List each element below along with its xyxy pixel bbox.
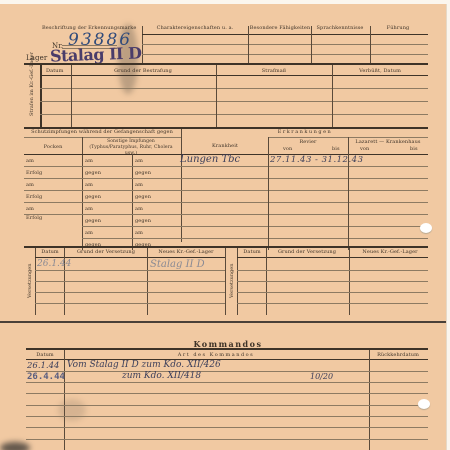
col-date: Datum bbox=[46, 68, 63, 74]
col-served: Verbüßt, Datum bbox=[359, 68, 401, 74]
col-sentence: Strafmaß bbox=[262, 68, 287, 74]
divider bbox=[348, 137, 349, 250]
divider bbox=[268, 137, 269, 250]
infirmary-dates: 27.11.43 - 31.12.43 bbox=[270, 155, 363, 165]
divider bbox=[225, 248, 226, 315]
col-languages: Sprachkenntnisse bbox=[317, 25, 364, 31]
divider bbox=[40, 88, 428, 89]
transfers-side-label-2: Versetzungen bbox=[229, 264, 235, 299]
kommando-text: zum Kdo. XII/418 bbox=[122, 371, 201, 381]
vaccine-row-label: Erfolg bbox=[26, 194, 42, 200]
divider bbox=[26, 371, 428, 372]
divider bbox=[216, 65, 217, 127]
punch-hole bbox=[420, 223, 432, 233]
col-date: Datum bbox=[36, 352, 53, 358]
kommando-text: Vom Stalag II D zum Kdo. XII/426 bbox=[67, 360, 221, 370]
divider bbox=[26, 439, 428, 440]
vaccine-row-label: gegen bbox=[85, 218, 101, 224]
punch-hole bbox=[418, 399, 430, 409]
divider bbox=[142, 44, 428, 45]
col-transfer-reason: Grund der Versetzung bbox=[77, 249, 135, 255]
col-from: von bbox=[283, 146, 292, 152]
kommando-note: 10/20 bbox=[310, 372, 333, 381]
col-hospital: Lazarett — Krankenhaus bbox=[355, 139, 420, 145]
illness-entry: Lungen Tbc bbox=[180, 154, 240, 165]
kommando-date: 26.1.44 bbox=[27, 361, 59, 371]
vaccine-row-label: am bbox=[85, 230, 93, 236]
col-transfer-reason: Grund der Versetzung bbox=[278, 249, 336, 255]
divider bbox=[40, 114, 428, 115]
col-from: von bbox=[360, 146, 369, 152]
divider bbox=[248, 26, 249, 64]
divider bbox=[237, 281, 428, 282]
divider bbox=[82, 226, 428, 227]
divider bbox=[40, 101, 428, 102]
kommando-date: 26.4.44 bbox=[27, 372, 65, 382]
divider bbox=[237, 270, 428, 271]
divider bbox=[370, 26, 371, 64]
prisoner-record-card: Beschriftung der Erkennungsmarke Nr. 938… bbox=[0, 4, 446, 450]
col-new-camp: Neues Kr.-Gef.-Lager bbox=[158, 249, 213, 255]
vaccine-row-label: gegen bbox=[135, 170, 151, 176]
col-conduct: Führung bbox=[387, 25, 410, 31]
col-date: Datum bbox=[243, 249, 260, 255]
col-illness: Krankheit bbox=[212, 143, 238, 149]
divider bbox=[142, 26, 143, 64]
transfers-side-label: Versetzungen bbox=[27, 264, 33, 299]
col-abilities: Besondere Fähigkeiten bbox=[250, 25, 311, 31]
divider bbox=[237, 292, 428, 293]
divider bbox=[142, 34, 428, 35]
divider bbox=[24, 190, 428, 191]
divider bbox=[24, 202, 428, 203]
divider bbox=[332, 65, 333, 127]
divider bbox=[24, 137, 181, 138]
col-date: Datum bbox=[41, 249, 58, 255]
divider bbox=[26, 348, 428, 350]
fold-line bbox=[0, 321, 446, 323]
vaccine-row-label: gegen bbox=[85, 194, 101, 200]
transfer-camp: Stalag II D bbox=[150, 259, 205, 270]
divider bbox=[311, 26, 312, 64]
divider bbox=[26, 405, 428, 406]
col-to: bis bbox=[332, 146, 340, 152]
ink-smudge bbox=[58, 399, 86, 421]
divider bbox=[24, 178, 428, 179]
transfer-date: 26.1.44 bbox=[37, 259, 71, 269]
vaccine-row-label: am bbox=[26, 206, 34, 212]
divider bbox=[26, 416, 428, 417]
vaccine-row-label: am bbox=[85, 206, 93, 212]
vaccine-row-label: gegen bbox=[85, 170, 101, 176]
vaccinations-title: Schutzimpfungen während der Gefangenscha… bbox=[31, 129, 173, 135]
divider bbox=[142, 54, 428, 55]
col-smallpox: Pocken bbox=[44, 144, 63, 150]
illnesses-title: Erkrankungen bbox=[278, 129, 333, 135]
col-infirmary: Revier bbox=[299, 139, 316, 145]
divider bbox=[40, 75, 428, 76]
vaccine-row-label: Erfolg bbox=[26, 215, 42, 221]
vaccine-row-label: am bbox=[135, 182, 143, 188]
divider bbox=[35, 270, 225, 271]
vaccine-row-label: gegen bbox=[135, 194, 151, 200]
divider bbox=[24, 246, 428, 248]
vaccine-row-label: am bbox=[135, 230, 143, 236]
divider bbox=[64, 350, 65, 450]
divider bbox=[24, 166, 428, 167]
vaccine-row-label: am bbox=[85, 182, 93, 188]
col-to: bis bbox=[410, 146, 418, 152]
divider bbox=[24, 214, 428, 215]
ink-smudge bbox=[0, 442, 30, 450]
vaccine-row-label: Erfolg bbox=[26, 170, 42, 176]
divider bbox=[35, 281, 225, 282]
divider bbox=[26, 393, 428, 394]
divider bbox=[26, 382, 428, 383]
col-character: Charaktereigenschaften u. a. bbox=[157, 25, 234, 31]
divider bbox=[24, 63, 428, 65]
punishments-side-label: Strafen im Kr.-Gef.-Lager bbox=[29, 52, 35, 116]
vaccine-row-label: am bbox=[135, 158, 143, 164]
vaccine-row-label: gegen bbox=[135, 218, 151, 224]
vaccine-row-label: am bbox=[26, 158, 34, 164]
vaccine-row-label: am bbox=[85, 158, 93, 164]
divider bbox=[82, 238, 428, 239]
col-return-date: Rückkehrdatum bbox=[377, 352, 419, 358]
col-new-camp: Neues Kr.-Gef.-Lager bbox=[362, 249, 417, 255]
col-kommando-type: Art des Kommandos bbox=[178, 352, 255, 358]
divider bbox=[26, 427, 428, 428]
vaccine-row-label: am bbox=[135, 206, 143, 212]
col-reason: Grund der Bestrafung bbox=[114, 68, 172, 74]
divider bbox=[237, 303, 428, 304]
divider bbox=[71, 65, 72, 127]
divider bbox=[35, 292, 225, 293]
divider bbox=[369, 350, 370, 450]
divider bbox=[35, 303, 225, 304]
vaccine-row-label: am bbox=[26, 182, 34, 188]
